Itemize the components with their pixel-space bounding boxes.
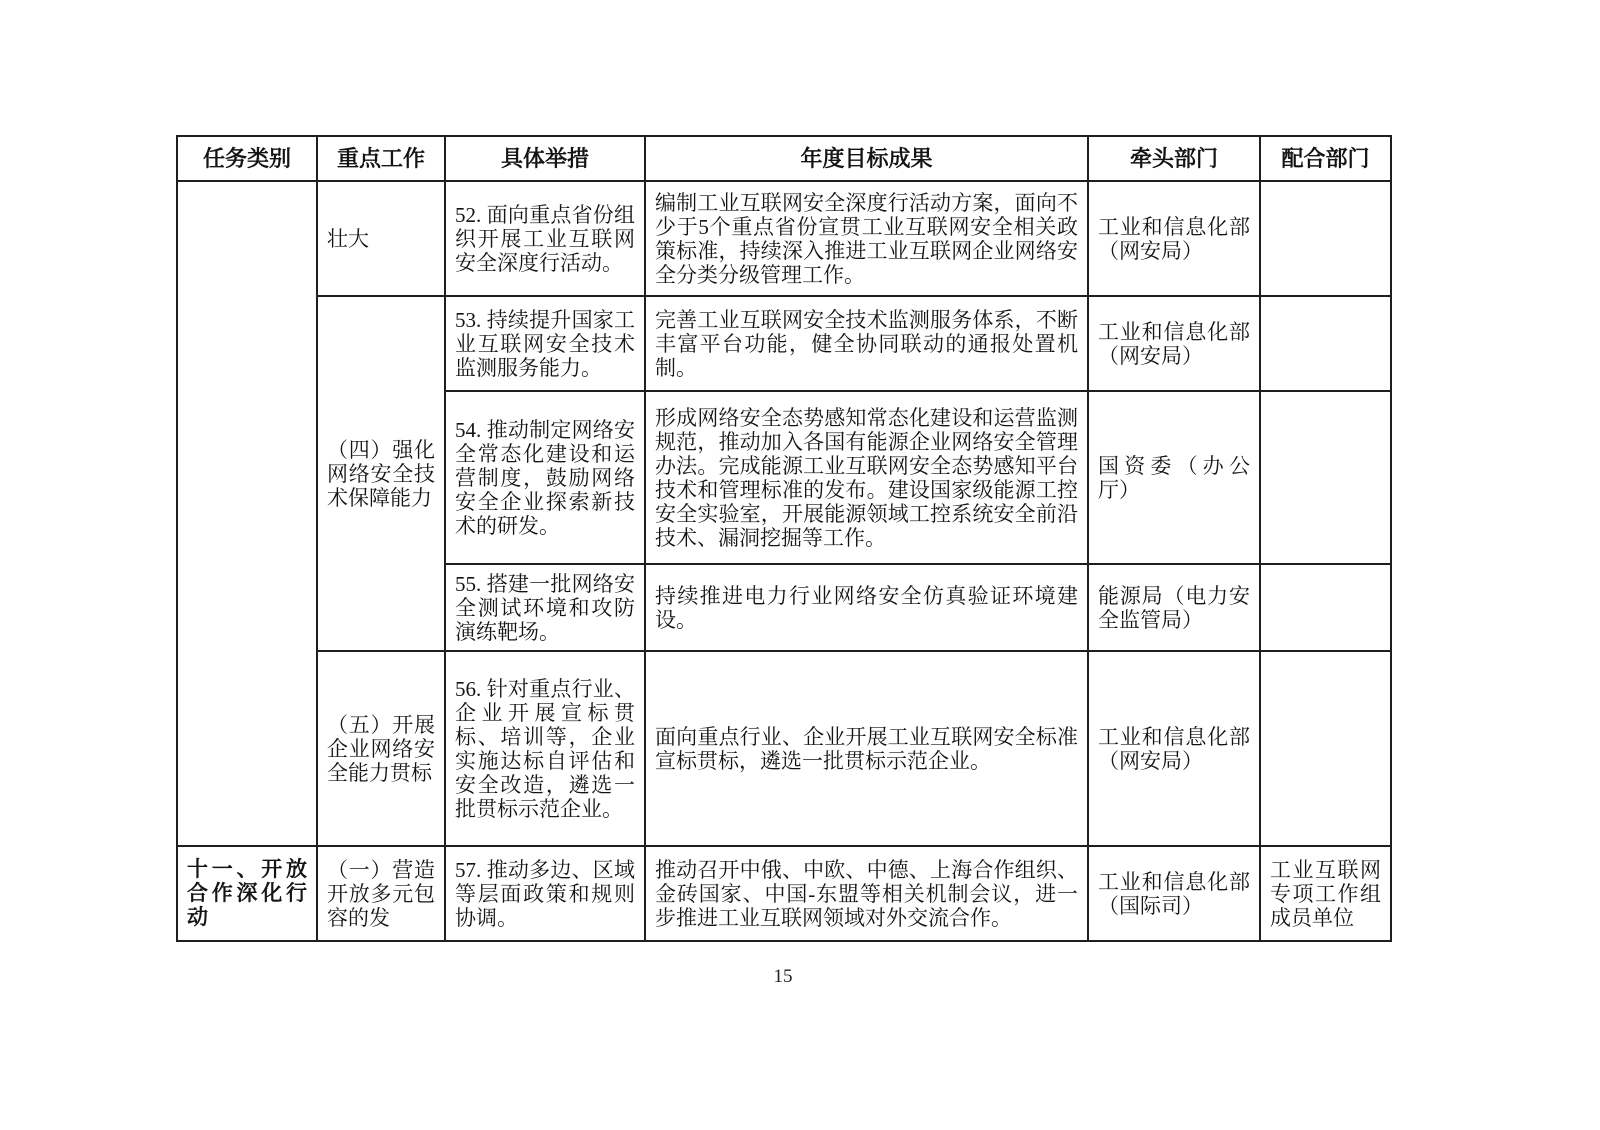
- cell-task-category-11: 十一、开放合作深化行动: [177, 846, 317, 941]
- col-header-task-category: 任务类别: [177, 136, 317, 181]
- table-row: 壮大 52. 面向重点省份组织开展工业互联网安全深度行活动。 编制工业互联网安全…: [177, 181, 1391, 296]
- cell-measure-54: 54. 推动制定网络安全常态化建设和运营制度，鼓励网络安全企业探索新技术的研发。: [445, 391, 645, 564]
- cell-target-53: 完善工业互联网安全技术监测服务体系，不断丰富平台功能，健全协同联动的通报处置机制…: [645, 296, 1088, 391]
- cell-target-54: 形成网络安全态势感知常态化建设和运营监测规范，推动加入各国有能源企业网络安全管理…: [645, 391, 1088, 564]
- col-header-annual-targets: 年度目标成果: [645, 136, 1088, 181]
- cell-lead-dept-52: 工业和信息化部（网安局）: [1088, 181, 1260, 296]
- cell-lead-dept-55: 能源局（电力安全监管局）: [1088, 564, 1260, 651]
- cell-lead-dept-56: 工业和信息化部（网安局）: [1088, 651, 1260, 846]
- cell-target-57: 推动召开中俄、中欧、中德、上海合作组织、金砖国家、中国-东盟等相关机制会议，进一…: [645, 846, 1088, 941]
- cell-target-52: 编制工业互联网安全深度行活动方案，面向不少于5个重点省份宣贯工业互联网安全相关政…: [645, 181, 1088, 296]
- col-header-measures: 具体举措: [445, 136, 645, 181]
- col-header-key-work: 重点工作: [317, 136, 445, 181]
- cell-key-work-5: （五）开展企业网络安全能力贯标: [317, 651, 445, 846]
- cell-key-work-4: （四）强化网络安全技术保障能力: [317, 296, 445, 651]
- cell-support-dept-56: [1260, 651, 1391, 846]
- cell-target-56: 面向重点行业、企业开展工业互联网安全标准宣标贯标，遴选一批贯标示范企业。: [645, 651, 1088, 846]
- cell-key-work-1: （一）营造开放多元包容的发: [317, 846, 445, 941]
- cell-support-dept-52: [1260, 181, 1391, 296]
- cell-support-dept-54: [1260, 391, 1391, 564]
- work-plan-table: 任务类别 重点工作 具体举措 年度目标成果 牵头部门 配合部门 壮大 52. 面…: [176, 135, 1392, 942]
- cell-lead-dept-57: 工业和信息化部（国际司）: [1088, 846, 1260, 941]
- cell-target-55: 持续推进电力行业网络安全仿真验证环境建设。: [645, 564, 1088, 651]
- table-row: 十一、开放合作深化行动 （一）营造开放多元包容的发 57. 推动多边、区域等层面…: [177, 846, 1391, 941]
- cell-lead-dept-53: 工业和信息化部（网安局）: [1088, 296, 1260, 391]
- cell-support-dept-53: [1260, 296, 1391, 391]
- table-row: （五）开展企业网络安全能力贯标 56. 针对重点行业、企业开展宣标贯标、培训等，…: [177, 651, 1391, 846]
- cell-support-dept-55: [1260, 564, 1391, 651]
- cell-measure-55: 55. 搭建一批网络安全测试环境和攻防演练靶场。: [445, 564, 645, 651]
- col-header-lead-department: 牵头部门: [1088, 136, 1260, 181]
- cell-measure-57: 57. 推动多边、区域等层面政策和规则协调。: [445, 846, 645, 941]
- cell-measure-52: 52. 面向重点省份组织开展工业互联网安全深度行活动。: [445, 181, 645, 296]
- page-number: 15: [176, 966, 1390, 988]
- col-header-supporting-department: 配合部门: [1260, 136, 1391, 181]
- cell-measure-53: 53. 持续提升国家工业互联网安全技术监测服务能力。: [445, 296, 645, 391]
- cell-lead-dept-54: 国资委（办公厅）: [1088, 391, 1260, 564]
- cell-key-work-52: 壮大: [317, 181, 445, 296]
- table-row: （四）强化网络安全技术保障能力 53. 持续提升国家工业互联网安全技术监测服务能…: [177, 296, 1391, 391]
- table-header-row: 任务类别 重点工作 具体举措 年度目标成果 牵头部门 配合部门: [177, 136, 1391, 181]
- cell-support-dept-57: 工业互联网专项工作组成员单位: [1260, 846, 1391, 941]
- cell-measure-56: 56. 针对重点行业、企业开展宣标贯标、培训等，企业实施达标自评估和安全改造，遴…: [445, 651, 645, 846]
- cell-task-category-continued: [177, 181, 317, 846]
